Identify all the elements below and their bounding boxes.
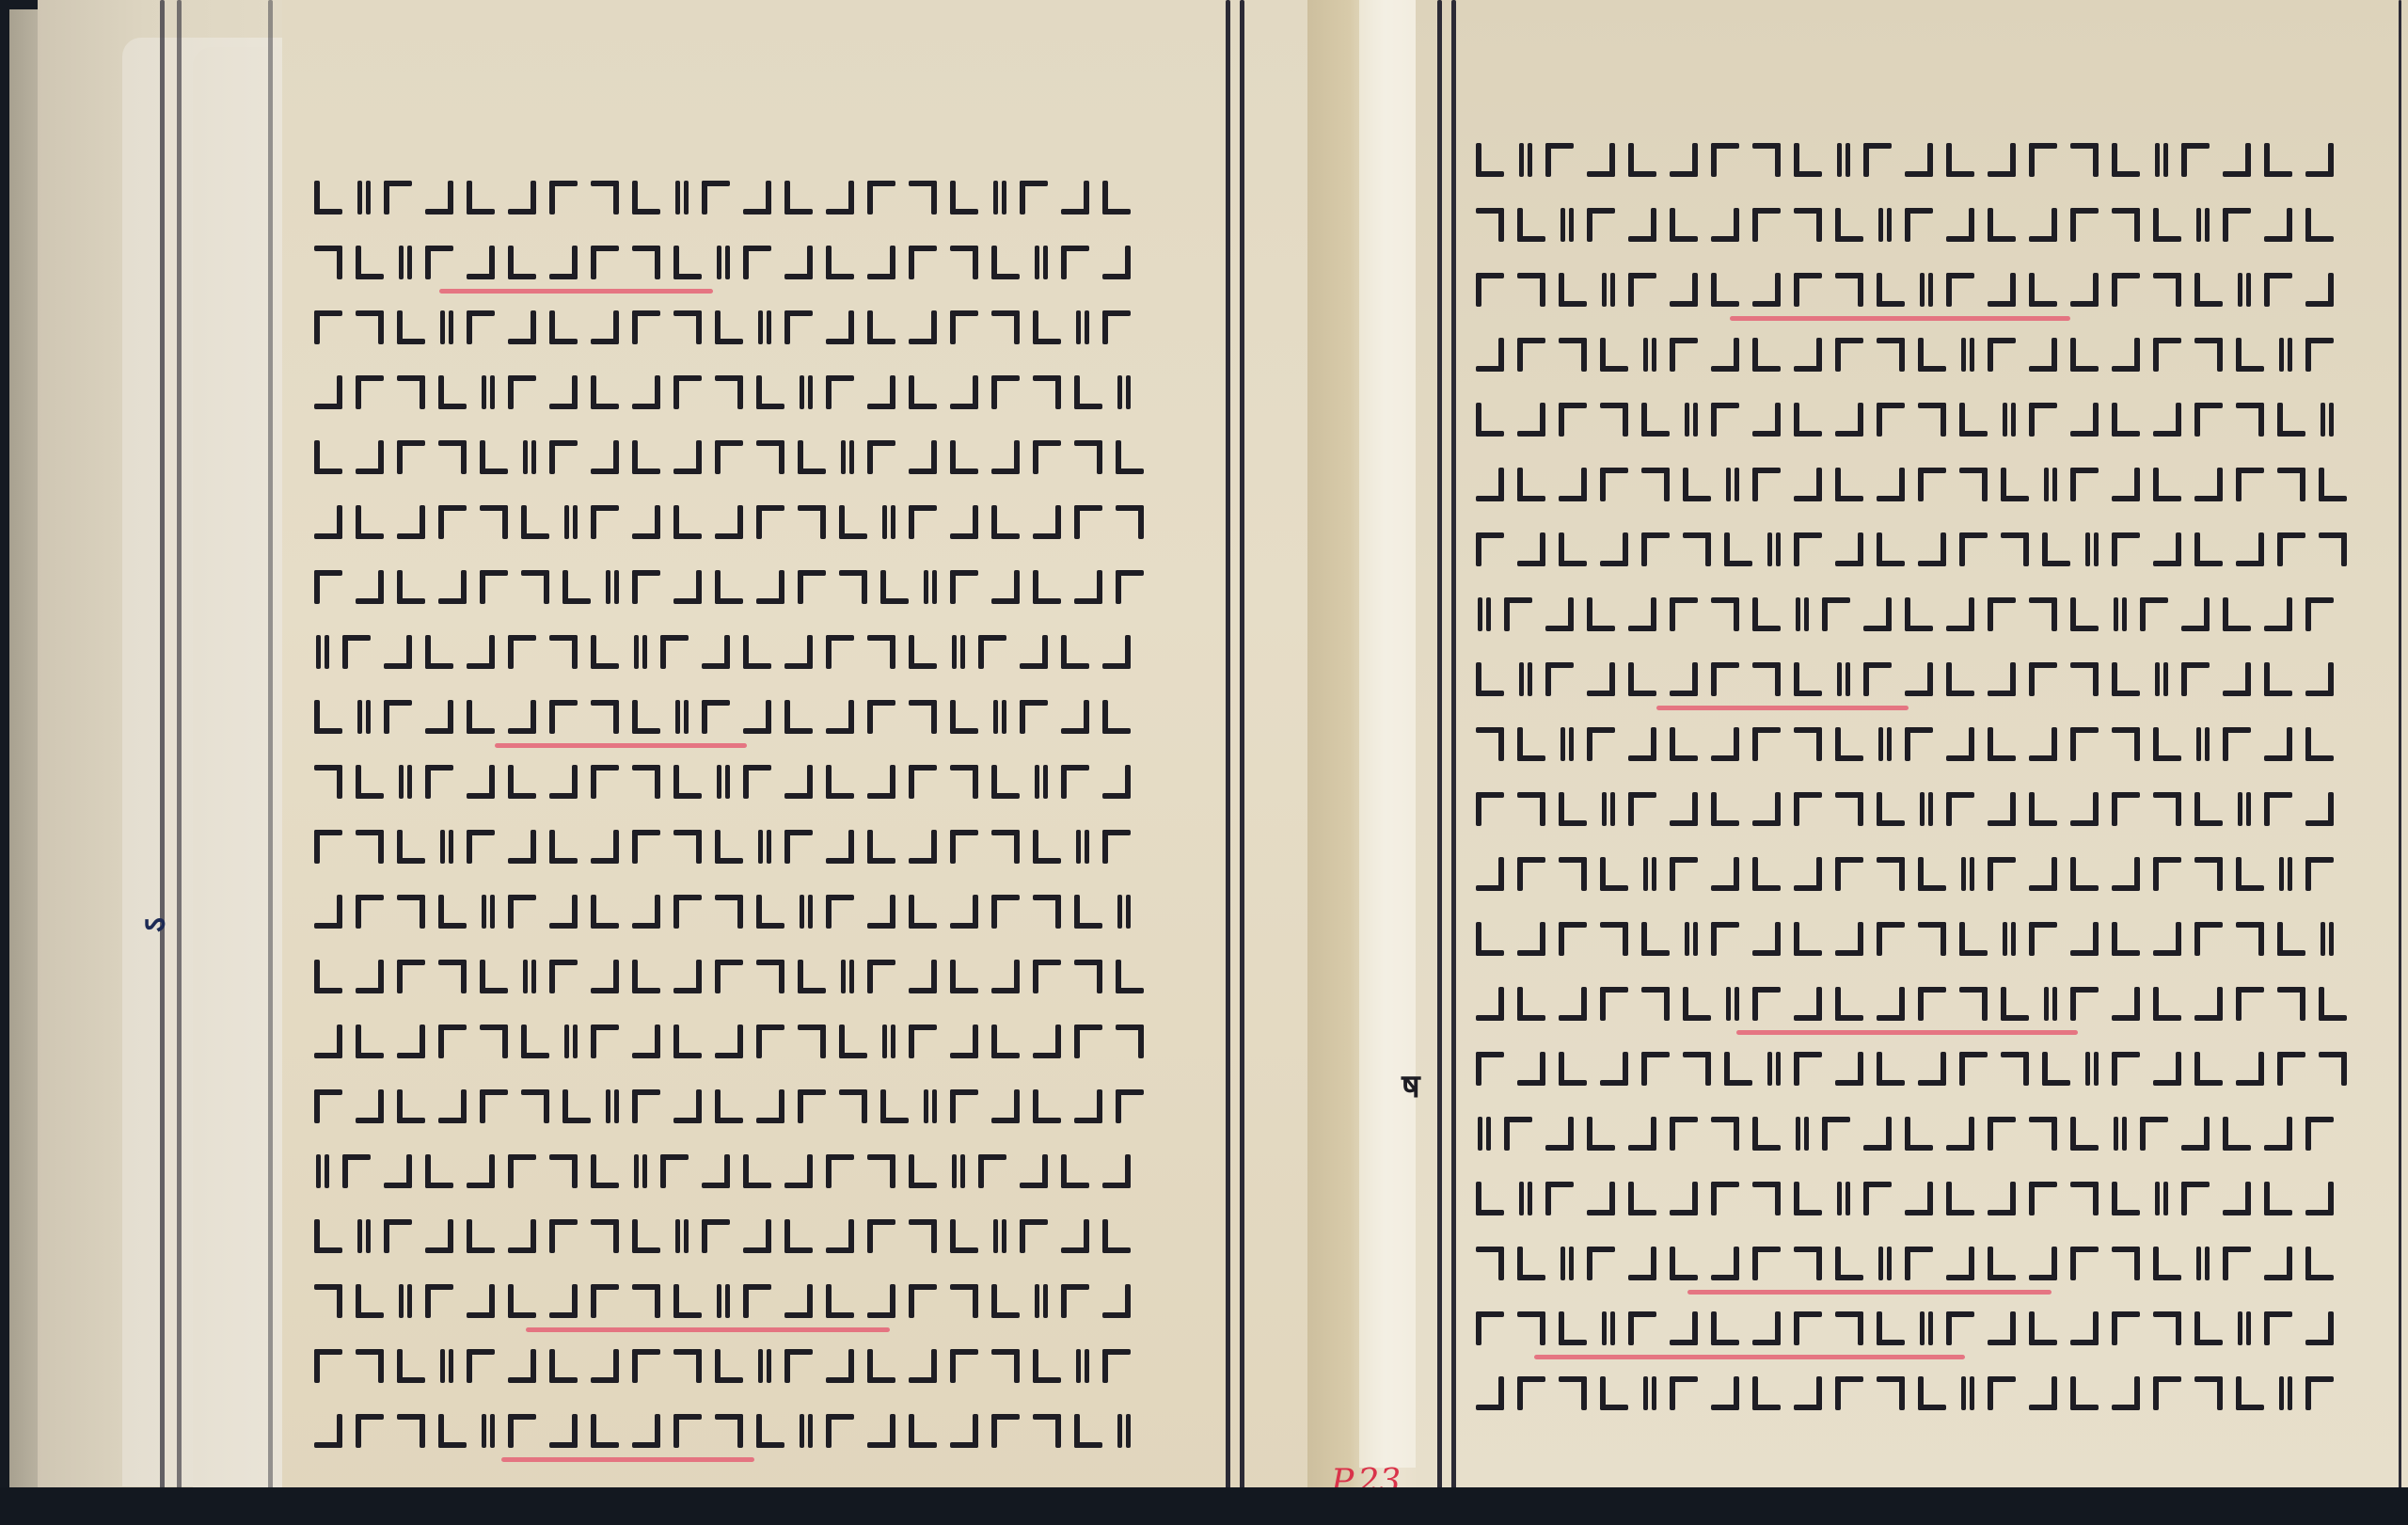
glyph (1831, 918, 1867, 960)
glyph (1914, 334, 1950, 375)
glyph (393, 1345, 429, 1387)
glyph (421, 242, 457, 283)
glyph (2273, 1373, 2296, 1414)
glyph (1057, 1151, 1093, 1192)
glyph (628, 437, 664, 478)
glyph (905, 1280, 941, 1322)
glyph (310, 696, 346, 738)
glyph (1749, 269, 1784, 310)
glyph (1679, 983, 1715, 1025)
glyph (670, 956, 705, 997)
glyph (988, 1021, 1023, 1062)
glyph (711, 372, 747, 413)
glyph (1831, 269, 1867, 310)
manuscript-line (1472, 716, 2337, 765)
glyph (1624, 1243, 1660, 1284)
glyph (1984, 1113, 2020, 1154)
glyph (393, 242, 416, 283)
glyph (1029, 501, 1065, 543)
glyph (1831, 1373, 1867, 1414)
glyph (711, 1021, 747, 1062)
glyph (587, 307, 623, 348)
glyph (1901, 1178, 1937, 1219)
glyph (1555, 529, 1591, 570)
glyph (587, 1215, 623, 1257)
glyph (1707, 723, 1743, 765)
glyph (393, 1280, 416, 1322)
glyph (1099, 177, 1134, 218)
glyph (2067, 659, 2102, 700)
glyph (546, 372, 581, 413)
glyph (504, 372, 540, 413)
glyph (1029, 826, 1065, 867)
glyph (1555, 983, 1591, 1025)
glyph (628, 1086, 664, 1127)
glyph (905, 696, 941, 738)
glyph (711, 501, 747, 543)
glyph (2038, 1048, 2074, 1089)
glyph (1873, 1373, 1909, 1414)
glyph (1707, 269, 1743, 310)
glyph (711, 1410, 747, 1452)
glyph (1638, 399, 1673, 440)
glyph (1638, 1373, 1660, 1414)
glyph (863, 631, 899, 673)
glyph (1873, 269, 1909, 310)
glyph (2191, 464, 2226, 505)
glyph (1749, 139, 1784, 181)
glyph (2108, 788, 2144, 830)
glyph (1997, 399, 2020, 440)
glyph (1956, 529, 1991, 570)
glyph (546, 1410, 581, 1452)
glyph (1555, 1048, 1591, 1089)
glyph (1790, 853, 1826, 895)
glyph (752, 956, 788, 997)
glyph (2260, 1113, 2296, 1154)
glyph (2302, 1113, 2337, 1154)
glyph (1666, 788, 1702, 830)
glyph (988, 177, 1010, 218)
glyph (546, 891, 581, 932)
glyph (1984, 659, 2020, 700)
glyph (1666, 1113, 1702, 1154)
glyph (504, 761, 540, 802)
glyph (670, 437, 705, 478)
glyph (628, 1410, 664, 1452)
glyph (1624, 723, 1660, 765)
glyph (393, 566, 429, 608)
glyph (463, 177, 499, 218)
glyph (1513, 723, 1549, 765)
glyph (752, 307, 775, 348)
glyph (1513, 464, 1549, 505)
glyph (752, 1345, 775, 1387)
glyph (1638, 464, 1673, 505)
glyph (739, 696, 775, 738)
glyph (435, 826, 457, 867)
glyph (628, 566, 664, 608)
glyph (1099, 826, 1134, 867)
glyph (1070, 1021, 1106, 1062)
glyph (628, 307, 664, 348)
glyph (2067, 399, 2102, 440)
glyph (1790, 464, 1826, 505)
glyph (1624, 788, 1660, 830)
glyph (835, 501, 871, 543)
glyph (1914, 529, 1950, 570)
glyph (946, 566, 982, 608)
glyph (559, 501, 581, 543)
glyph (2302, 1243, 2337, 1284)
glyph (1029, 1086, 1065, 1127)
glyph (822, 1345, 858, 1387)
glyph (1112, 956, 1148, 997)
glyph (517, 1086, 553, 1127)
glyph (587, 242, 623, 283)
glyph (2149, 853, 2185, 895)
glyph (752, 372, 788, 413)
glyph (1831, 399, 1867, 440)
manuscript-line (310, 494, 1148, 543)
glyph (2108, 1308, 2144, 1349)
glyph (974, 631, 1010, 673)
glyph (988, 1410, 1023, 1452)
glyph (1542, 594, 1577, 635)
glyph (863, 761, 899, 802)
glyph (1873, 723, 1895, 765)
glyph (1707, 594, 1743, 635)
glyph (1029, 437, 1065, 478)
glyph (2191, 334, 2226, 375)
manuscript-line (310, 1208, 1134, 1257)
glyph (587, 826, 623, 867)
glyph (1720, 464, 1743, 505)
glyph (1472, 399, 1508, 440)
manuscript-photo: ऽ ष P.23 (0, 0, 2408, 1525)
glyph (352, 566, 388, 608)
glyph (628, 1021, 664, 1062)
glyph (2149, 788, 2185, 830)
glyph (2067, 1243, 2102, 1284)
glyph (504, 1215, 540, 1257)
manuscript-line (1472, 1300, 2337, 1349)
glyph (1029, 1280, 1052, 1322)
glyph (1099, 1151, 1134, 1192)
glyph (1914, 983, 1950, 1025)
glyph (1057, 761, 1093, 802)
glyph (1790, 1308, 1826, 1349)
glyph (2191, 399, 2226, 440)
glyph (2067, 204, 2102, 246)
glyph (1472, 983, 1508, 1025)
glyph (1901, 659, 1937, 700)
glyph (1720, 983, 1743, 1025)
glyph (2025, 399, 2061, 440)
left-page-border (1226, 0, 1230, 1505)
glyph (1901, 594, 1937, 635)
glyph (1070, 566, 1106, 608)
glyph (352, 1086, 388, 1127)
glyph (946, 956, 982, 997)
glyph (559, 1021, 581, 1062)
glyph (2108, 1048, 2144, 1089)
glyph (988, 566, 1023, 608)
glyph (1873, 334, 1909, 375)
glyph (1790, 983, 1826, 1025)
glyph (1914, 399, 1950, 440)
glyph (1112, 1021, 1148, 1062)
manuscript-line (310, 1078, 1148, 1127)
glyph (1029, 1021, 1065, 1062)
glyph (822, 1410, 858, 1452)
glyph (1790, 334, 1826, 375)
glyph (1762, 529, 1784, 570)
manuscript-line (1472, 781, 2337, 830)
glyph (752, 826, 775, 867)
glyph (1914, 853, 1950, 895)
glyph (628, 501, 664, 543)
glyph (1472, 1243, 1508, 1284)
glyph (670, 1345, 705, 1387)
glyph (546, 761, 581, 802)
glyph (1790, 269, 1826, 310)
glyph (1956, 334, 1978, 375)
glyph (587, 372, 623, 413)
glyph (546, 1280, 581, 1322)
glyph (877, 501, 899, 543)
manuscript-line (310, 559, 1148, 608)
glyph (587, 1410, 623, 1452)
glyph (2260, 788, 2296, 830)
glyph (1749, 399, 1784, 440)
glyph (1984, 788, 2020, 830)
glyph (752, 1086, 788, 1127)
glyph (628, 631, 651, 673)
glyph (2232, 399, 2268, 440)
glyph (2302, 334, 2337, 375)
manuscript-line (1472, 976, 2351, 1025)
glyph (476, 566, 512, 608)
glyph (587, 177, 623, 218)
glyph (711, 826, 747, 867)
glyph (1070, 1345, 1093, 1387)
glyph (1666, 1178, 1702, 1219)
glyph (2302, 269, 2337, 310)
glyph (1984, 1243, 2020, 1284)
glyph (2273, 464, 2309, 505)
glyph (988, 242, 1023, 283)
glyph (559, 1086, 594, 1127)
glyph (352, 1345, 388, 1387)
glyph (670, 307, 705, 348)
glyph (463, 1280, 499, 1322)
glyph (1016, 177, 1052, 218)
glyph (781, 307, 816, 348)
glyph (546, 307, 581, 348)
glyph (393, 501, 429, 543)
glyph (1112, 1410, 1134, 1452)
glyph (435, 1345, 457, 1387)
glyph (628, 891, 664, 932)
left-page-border (1240, 0, 1244, 1505)
glyph (1099, 1345, 1134, 1387)
glyph (670, 1215, 692, 1257)
glyph (1583, 1113, 1619, 1154)
glyph (2191, 1373, 2226, 1414)
glyph (310, 566, 346, 608)
glyph (310, 1086, 346, 1127)
glyph (1057, 631, 1093, 673)
glyph (1749, 1243, 1784, 1284)
glyph (2191, 1243, 2213, 1284)
glyph (822, 1280, 858, 1322)
glyph (1029, 307, 1065, 348)
manuscript-line (1472, 911, 2337, 960)
glyph (1555, 399, 1591, 440)
glyph (988, 1280, 1023, 1322)
glyph (1860, 139, 1895, 181)
red-underline (501, 1457, 754, 1462)
manuscript-line (310, 299, 1134, 348)
glyph (1099, 631, 1134, 673)
glyph (628, 956, 664, 997)
glyph (1720, 529, 1756, 570)
glyph (2108, 399, 2144, 440)
glyph (835, 956, 858, 997)
glyph (1472, 659, 1508, 700)
glyph (2025, 1113, 2061, 1154)
glyph (1624, 1308, 1660, 1349)
glyph (835, 1021, 871, 1062)
glyph (711, 1280, 734, 1322)
glyph (739, 177, 775, 218)
margin-rule (160, 0, 165, 1496)
glyph (2149, 1373, 2185, 1414)
glyph (1707, 399, 1743, 440)
glyph (1016, 1215, 1052, 1257)
glyph (2191, 983, 2226, 1025)
glyph (1914, 918, 1950, 960)
glyph (1099, 1215, 1134, 1257)
manuscript-line (1472, 197, 2337, 246)
glyph (1749, 204, 1784, 246)
glyph (1831, 1243, 1867, 1284)
glyph (1914, 788, 1937, 830)
glyph (1831, 1048, 1867, 1089)
glyph (781, 1151, 816, 1192)
glyph (1016, 696, 1052, 738)
glyph (863, 1345, 899, 1387)
glyph (546, 1345, 581, 1387)
glyph (1099, 242, 1134, 283)
glyph (1831, 723, 1867, 765)
right-page-border (1437, 0, 1442, 1505)
glyph (1707, 1178, 1743, 1219)
glyph (393, 826, 429, 867)
glyph (2232, 269, 2255, 310)
glyph (546, 631, 581, 673)
glyph (1596, 334, 1632, 375)
glyph (310, 631, 333, 673)
glyph (393, 437, 429, 478)
glyph (1942, 788, 1978, 830)
red-underline (439, 289, 713, 294)
glyph (1070, 501, 1106, 543)
glyph (1749, 334, 1784, 375)
glyph (1624, 139, 1660, 181)
glyph (2191, 204, 2213, 246)
glyph (1638, 918, 1673, 960)
glyph (1513, 139, 1536, 181)
manuscript-line (310, 1143, 1134, 1192)
glyph (1057, 1215, 1093, 1257)
glyph (1914, 269, 1937, 310)
glyph (1914, 464, 1950, 505)
glyph (504, 1151, 540, 1192)
glyph (2025, 269, 2061, 310)
glyph (587, 1151, 623, 1192)
glyph (2149, 1178, 2172, 1219)
glyph (1790, 1178, 1826, 1219)
glyph (628, 242, 664, 283)
glyph (2149, 334, 2185, 375)
glyph (2108, 204, 2144, 246)
glyph (2219, 204, 2255, 246)
glyph (822, 1215, 858, 1257)
glyph (310, 891, 346, 932)
glyph (1070, 891, 1106, 932)
glyph (905, 242, 941, 283)
glyph (1860, 594, 1895, 635)
glyph (794, 1410, 816, 1452)
glyph (1749, 983, 1784, 1025)
glyph (546, 826, 581, 867)
glyph (863, 696, 899, 738)
glyph (1790, 1373, 1826, 1414)
glyph (352, 761, 388, 802)
glyph (1583, 594, 1619, 635)
manuscript-line (1472, 456, 2351, 505)
glyph (2191, 1308, 2226, 1349)
glyph (1542, 1113, 1577, 1154)
glyph (822, 177, 858, 218)
glyph (1583, 204, 1619, 246)
manuscript-line (1472, 1235, 2337, 1284)
glyph (946, 891, 982, 932)
glyph (905, 372, 941, 413)
glyph (670, 1410, 705, 1452)
glyph (504, 696, 540, 738)
glyph (2149, 1308, 2185, 1349)
glyph (1707, 918, 1743, 960)
glyph (1873, 1048, 1909, 1089)
glyph (1513, 983, 1549, 1025)
glyph (352, 696, 374, 738)
glyph (1984, 1308, 2020, 1349)
glyph (2219, 723, 2255, 765)
glyph (2315, 918, 2337, 960)
manuscript-line (310, 169, 1134, 218)
glyph (905, 1345, 941, 1387)
glyph (2025, 1178, 2061, 1219)
glyph (310, 956, 346, 997)
glyph (559, 566, 594, 608)
glyph (1984, 139, 2020, 181)
glyph (1901, 1243, 1937, 1284)
glyph (1873, 853, 1909, 895)
glyph (2080, 529, 2102, 570)
